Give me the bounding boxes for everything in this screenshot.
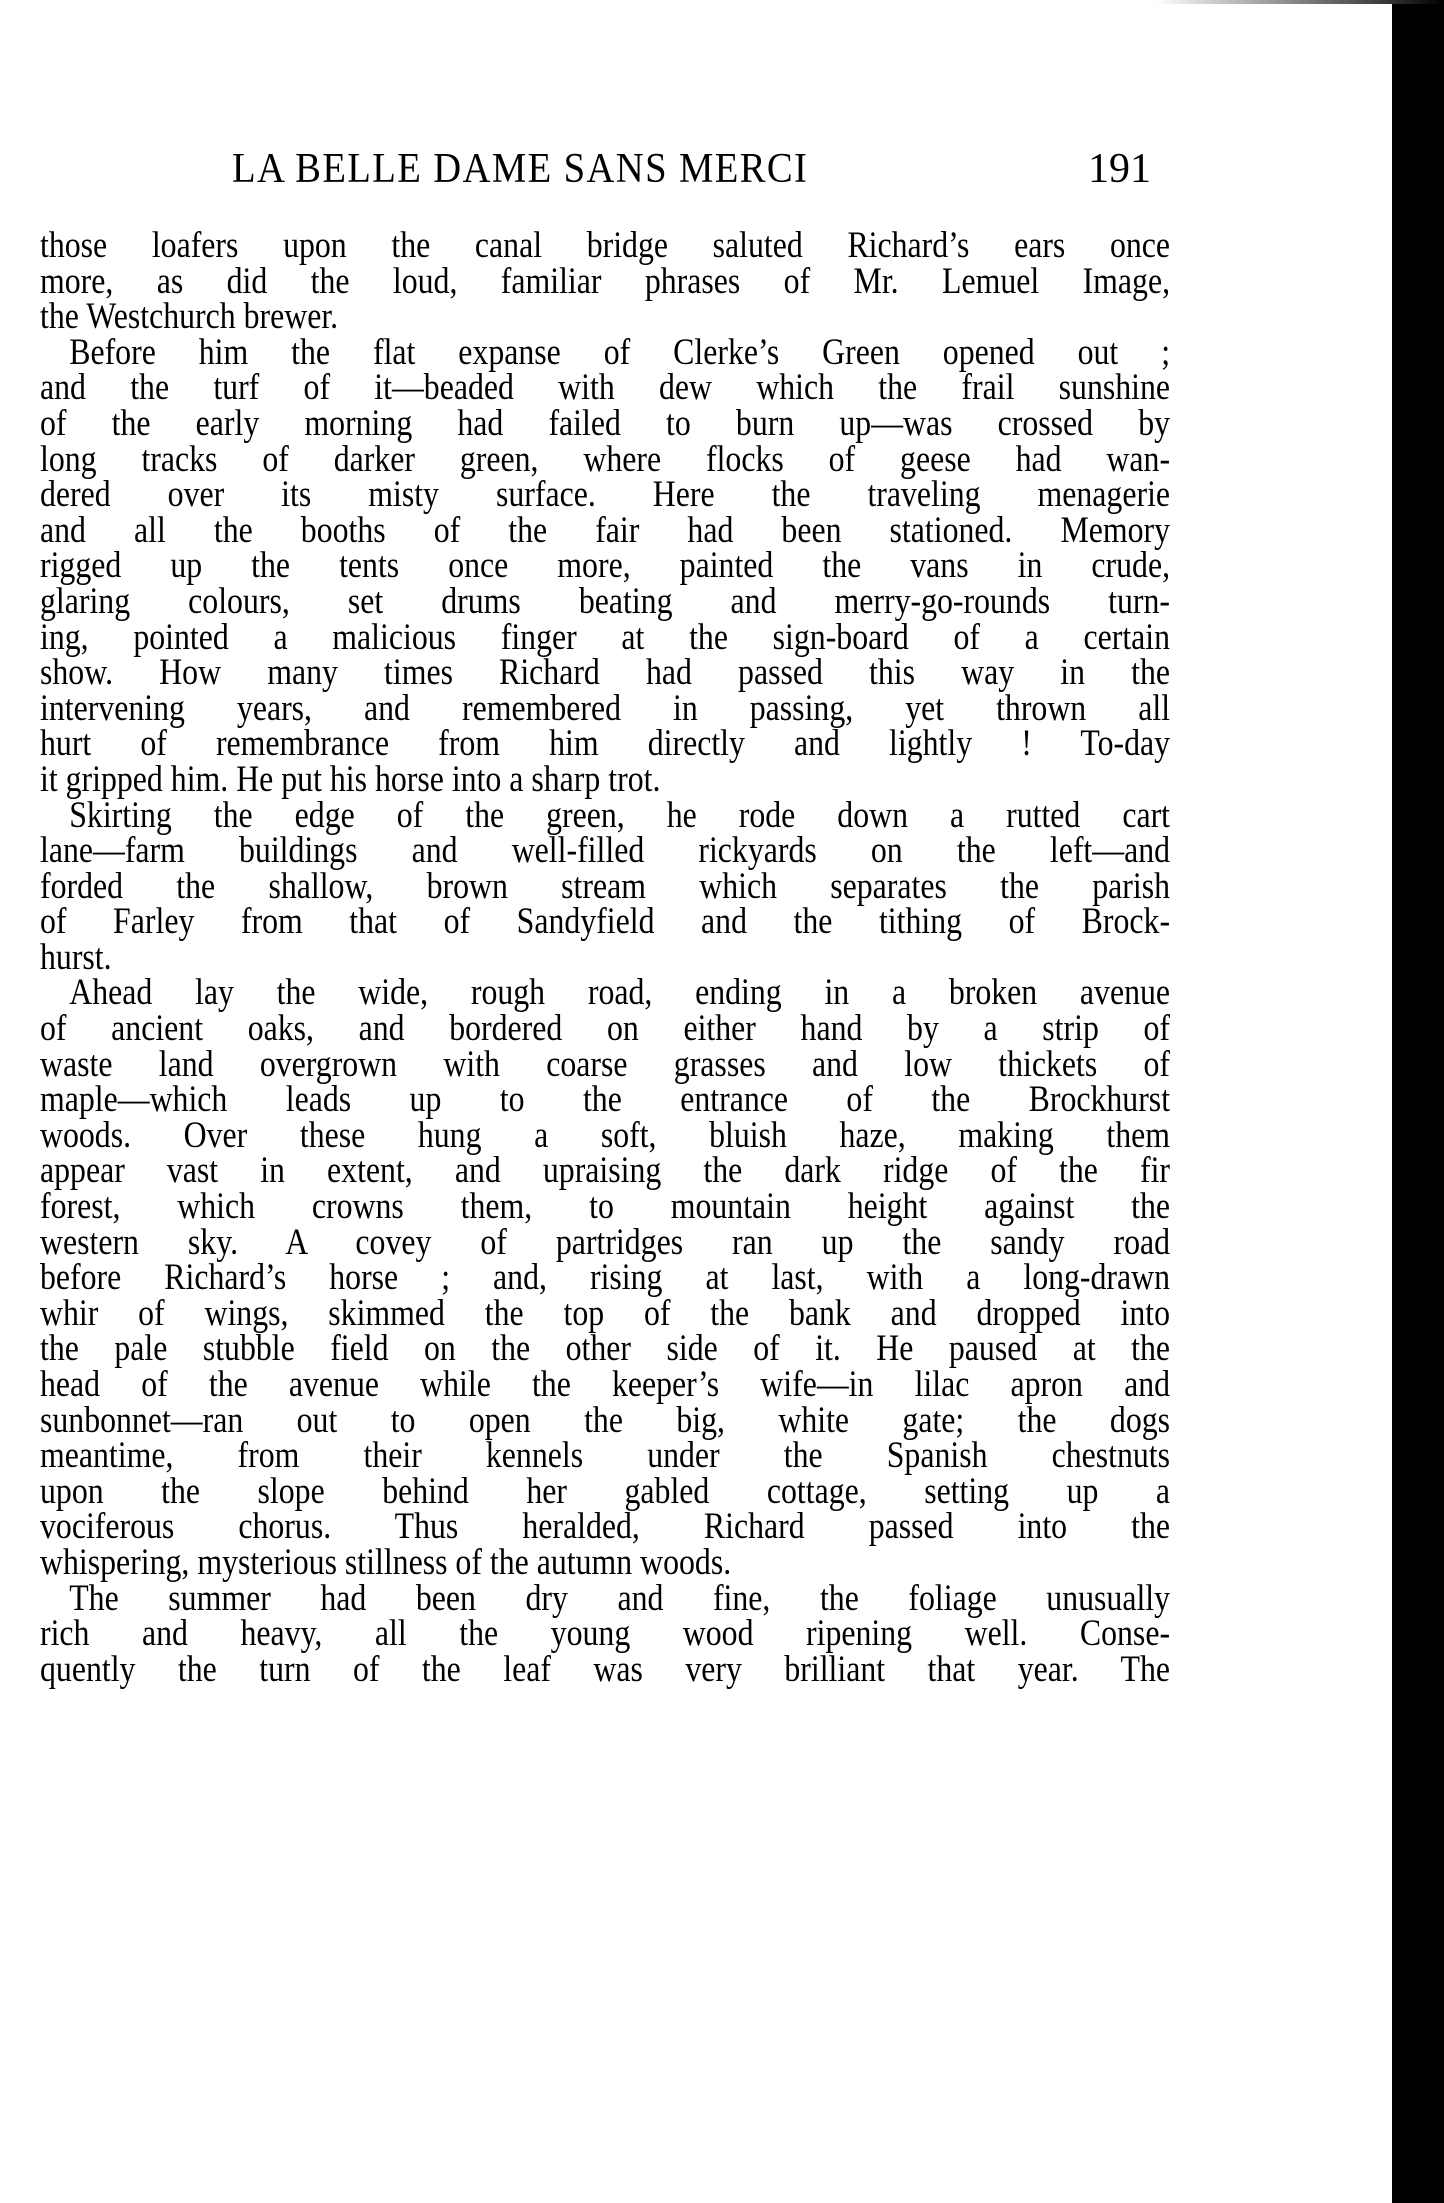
text-line: quently the turn of the leaf was very br… bbox=[40, 1652, 1170, 1688]
text-line: sunbonnet—ran out to open the big, white… bbox=[40, 1403, 1170, 1439]
text-line: maple—which leads up to the entrance of … bbox=[40, 1082, 1170, 1118]
text-line: upon the slope behind her gabled cottage… bbox=[40, 1474, 1170, 1510]
text-line: long tracks of darker green, where flock… bbox=[40, 442, 1170, 478]
text-line: whir of wings, skimmed the top of the ba… bbox=[40, 1296, 1170, 1332]
text-line: Ahead lay the wide, rough road, ending i… bbox=[40, 975, 1170, 1011]
text-line: ing, pointed a malicious finger at the s… bbox=[40, 620, 1170, 656]
text-line: vociferous chorus. Thus heralded, Richar… bbox=[40, 1509, 1170, 1545]
running-title: LA BELLE DAME SANS MERCI bbox=[232, 145, 808, 193]
text-line: western sky. A covey of partridges ran u… bbox=[40, 1225, 1170, 1261]
page-number: 191 bbox=[1088, 145, 1151, 193]
text-line: whispering, mysterious stillness of the … bbox=[40, 1545, 1170, 1581]
text-line: glaring colours, set drums beating and m… bbox=[40, 584, 1170, 620]
text-line: meantime, from their kennels under the S… bbox=[40, 1438, 1170, 1474]
text-line: dered over its misty surface. Here the t… bbox=[40, 477, 1170, 513]
text-line: rich and heavy, all the young wood ripen… bbox=[40, 1616, 1170, 1652]
text-line: Before him the flat expanse of Clerke’s … bbox=[40, 335, 1170, 371]
text-line: those loafers upon the canal bridge salu… bbox=[40, 228, 1170, 264]
text-line: forest, which crowns them, to mountain h… bbox=[40, 1189, 1170, 1225]
text-line: rigged up the tents once more, painted t… bbox=[40, 548, 1170, 584]
body-text: those loafers upon the canal bridge salu… bbox=[40, 228, 1170, 1687]
text-line: show. How many times Richard had passed … bbox=[40, 655, 1170, 691]
text-line: it gripped him. He put his horse into a … bbox=[40, 762, 1170, 798]
scan-edge-top bbox=[0, 0, 1444, 4]
text-line: head of the avenue while the keeper’s wi… bbox=[40, 1367, 1170, 1403]
text-line: of ancient oaks, and bordered on either … bbox=[40, 1011, 1170, 1047]
text-line: Skirting the edge of the green, he rode … bbox=[40, 798, 1170, 834]
text-line: waste land overgrown with coarse grasses… bbox=[40, 1047, 1170, 1083]
text-line: intervening years, and remembered in pas… bbox=[40, 691, 1170, 727]
scan-edge bbox=[1392, 0, 1444, 2203]
text-line: of the early morning had failed to burn … bbox=[40, 406, 1170, 442]
text-line: lane—farm buildings and well-filled rick… bbox=[40, 833, 1170, 869]
text-line: before Richard’s horse ; and, rising at … bbox=[40, 1260, 1170, 1296]
text-line: hurt of remembrance from him directly an… bbox=[40, 726, 1170, 762]
text-line: and all the booths of the fair had been … bbox=[40, 513, 1170, 549]
text-line: the pale stubble field on the other side… bbox=[40, 1331, 1170, 1367]
book-page: LA BELLE DAME SANS MERCI 191 those loafe… bbox=[0, 0, 1395, 2203]
text-line: The summer had been dry and fine, the fo… bbox=[40, 1581, 1170, 1617]
text-line: the Westchurch brewer. bbox=[40, 299, 1170, 335]
text-line: more, as did the loud, familiar phrases … bbox=[40, 264, 1170, 300]
text-line: woods. Over these hung a soft, bluish ha… bbox=[40, 1118, 1170, 1154]
text-line: hurst. bbox=[40, 940, 1170, 976]
text-line: appear vast in extent, and upraising the… bbox=[40, 1153, 1170, 1189]
text-line: of Farley from that of Sandyfield and th… bbox=[40, 904, 1170, 940]
text-line: forded the shallow, brown stream which s… bbox=[40, 869, 1170, 905]
text-line: and the turf of it—beaded with dew which… bbox=[40, 370, 1170, 406]
